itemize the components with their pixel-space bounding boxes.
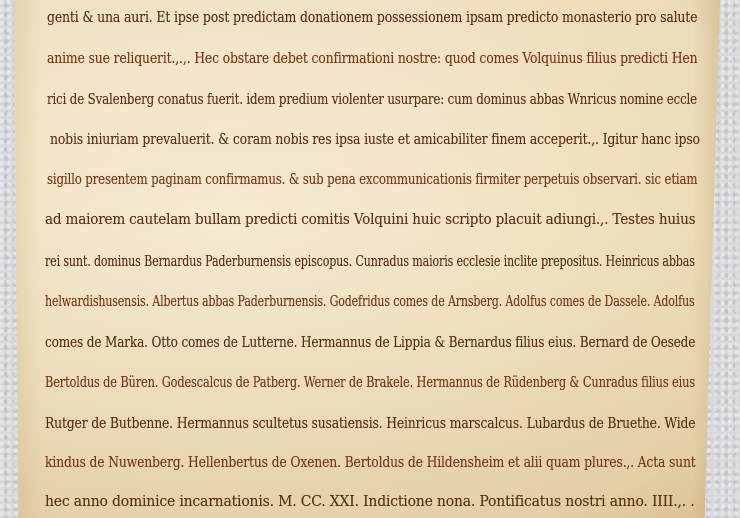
charter-line-3: rici de Svalenberg conatus fuerit. idem … — [47, 90, 697, 108]
charter-line-5: sigillo presentem paginam confirmamus. &… — [47, 170, 697, 188]
charter-line-2: anime sue reliquerit.,.,. Hec obstare de… — [47, 49, 697, 67]
charter-line-10: Bertoldus de Büren. Godescalcus de Patbe… — [45, 373, 695, 391]
charter-line-6: ad maiorem cautelam bullam predicti comi… — [45, 210, 695, 228]
parchment-sheet: genti & una auri. Et ipse post predictam… — [14, 0, 720, 518]
charter-line-12: kindus de Nuwenberg. Hellenbertus de Oxe… — [45, 453, 696, 471]
charter-line-8: helwardishusensis. Albertus abbas Paderb… — [45, 292, 695, 310]
charter-line-9: comes de Marka. Otto comes de Lutterne. … — [45, 333, 695, 351]
charter-line-7: rei sunt. dominus Bernardus Paderburnens… — [45, 252, 695, 270]
charter-line-4: nobis iniuriam prevaluerit. & coram nobi… — [50, 130, 700, 148]
charter-line-11: Rutger de Butbenne. Hermannus scultetus … — [45, 414, 695, 432]
charter-line-1: genti & una auri. Et ipse post predictam… — [47, 8, 697, 26]
charter-line-13: hec anno dominice incarnationis. M. CC. … — [45, 492, 695, 510]
